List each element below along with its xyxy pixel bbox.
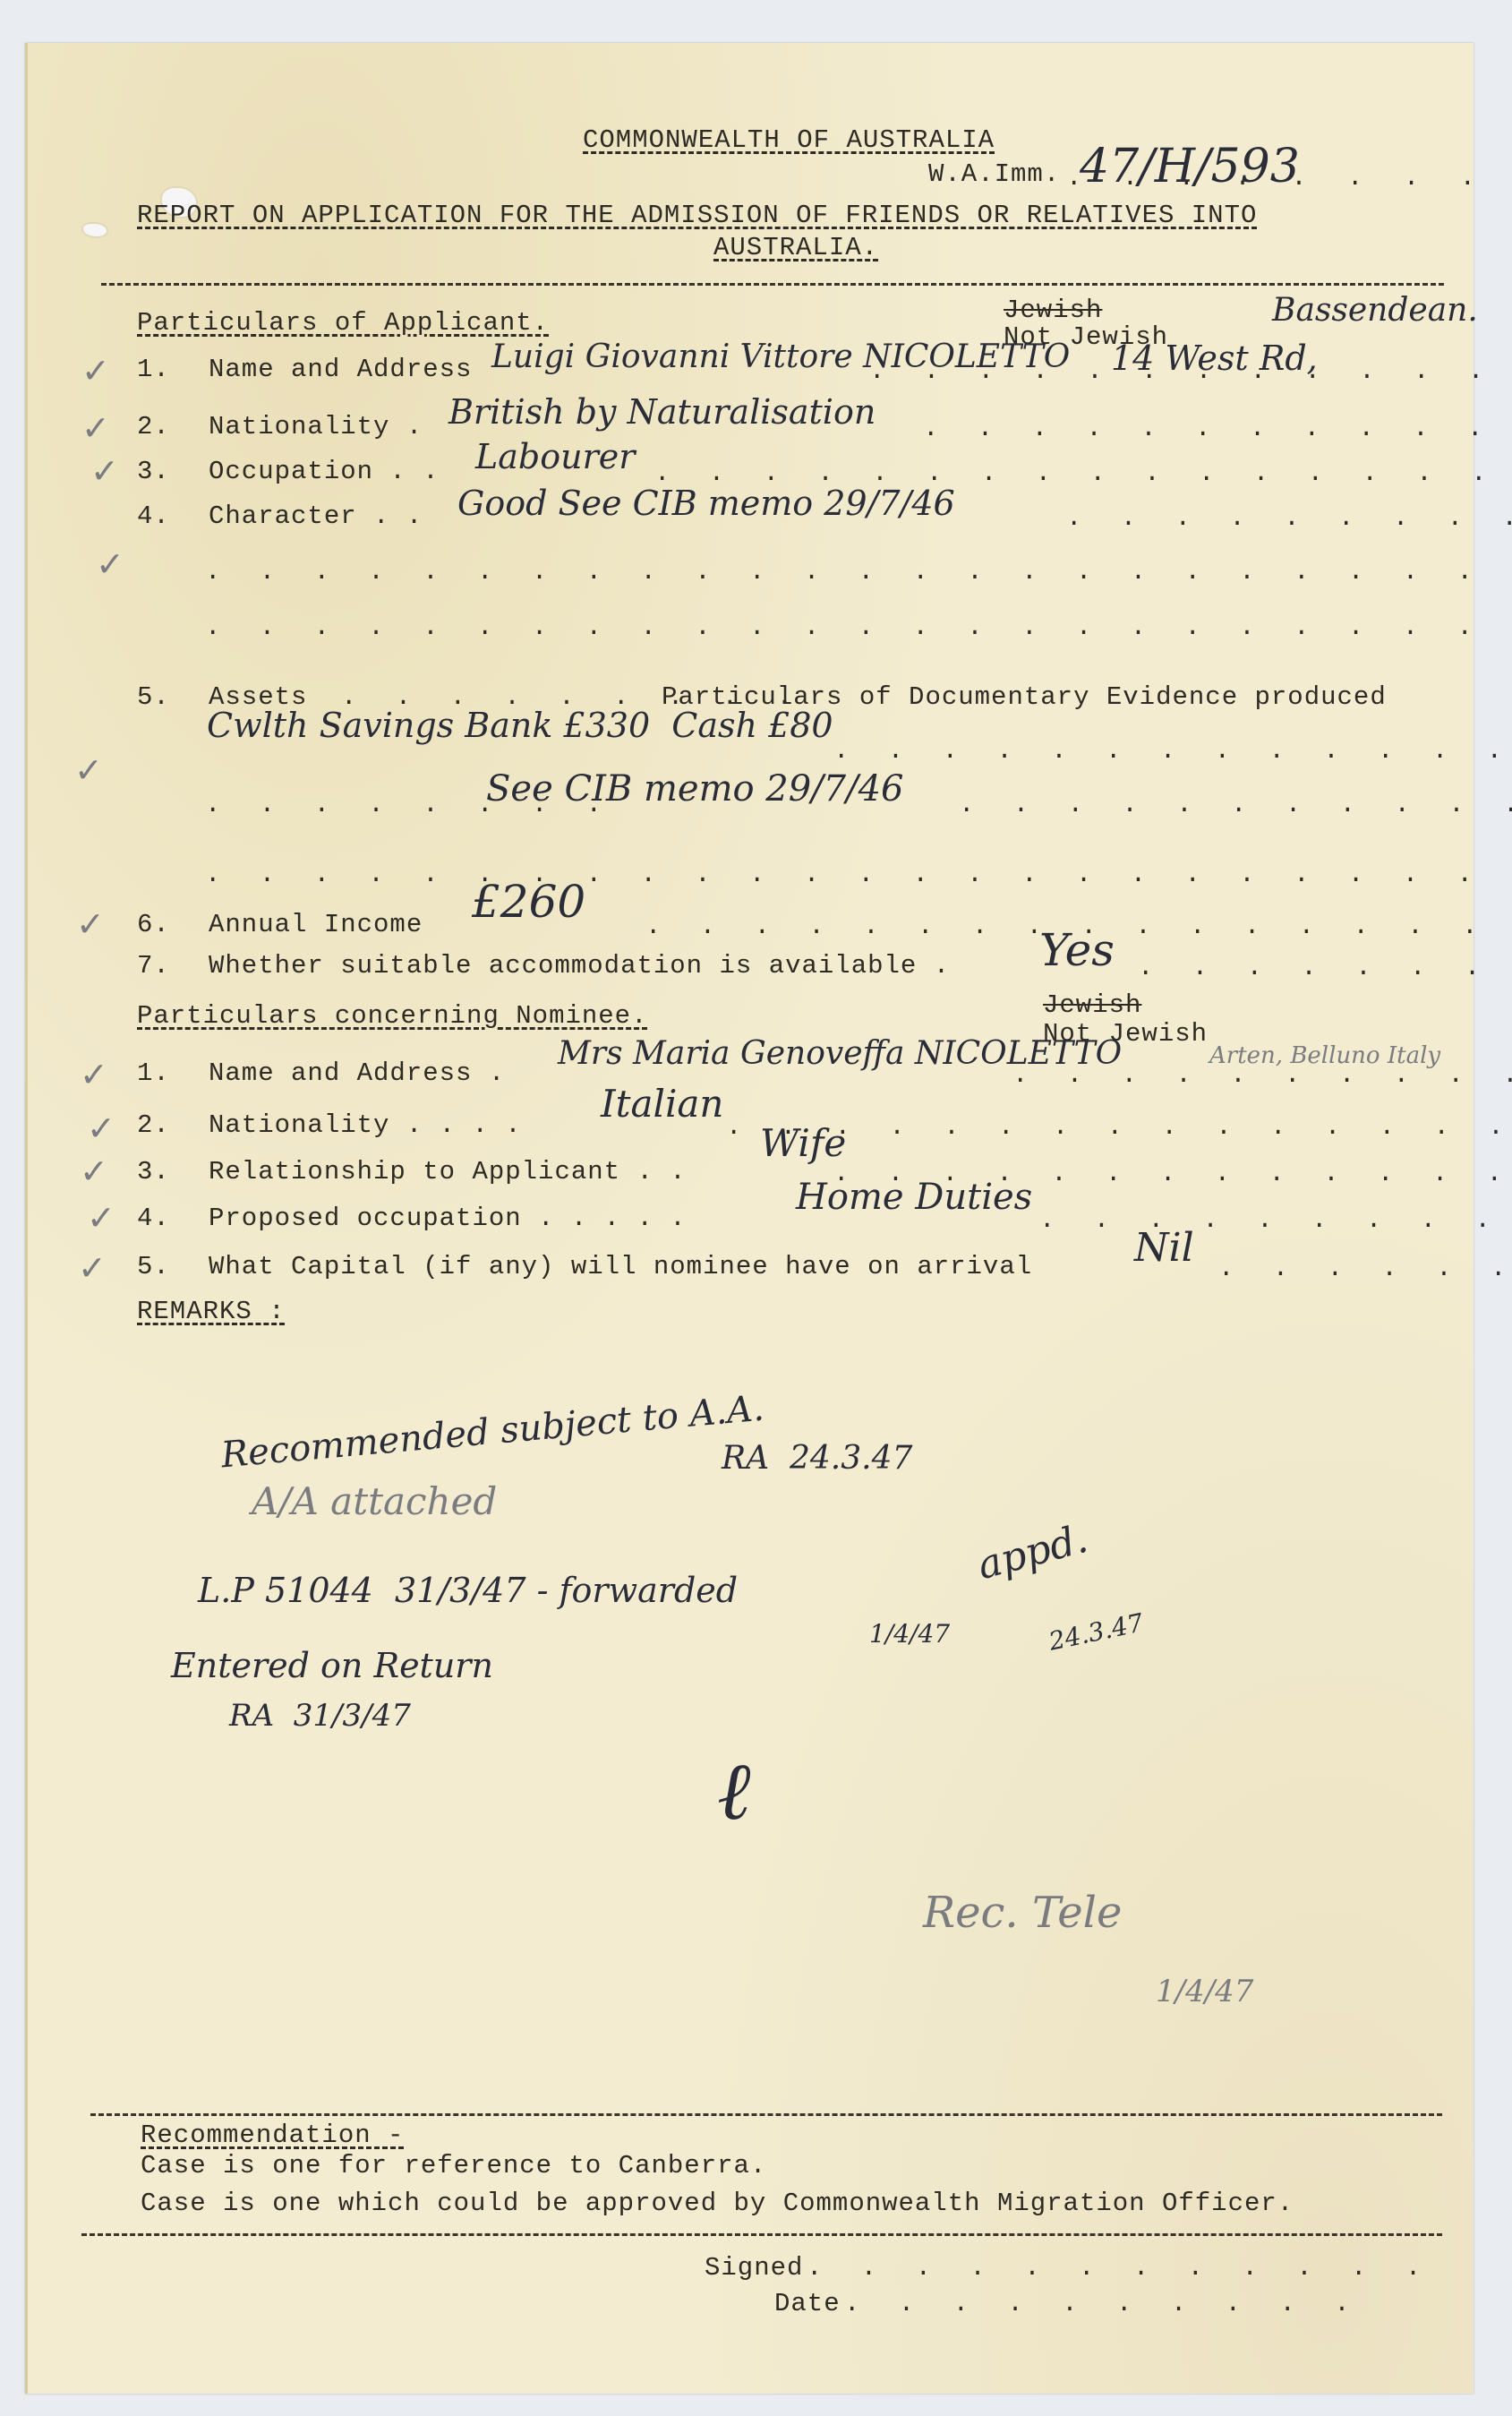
applicant-nationality: British by Naturalisation	[448, 392, 876, 432]
applicant-occupation: Labourer	[475, 437, 635, 476]
check-mark-icon: ✓	[74, 750, 103, 790]
field-num: 4.	[137, 501, 170, 531]
org-title: COMMONWEALTH OF AUSTRALIA	[583, 125, 995, 155]
fill-dots: . . . . . . . . . . . . . . . . . . . .	[833, 736, 1512, 766]
jewish-struck: Jewish	[1043, 990, 1141, 1020]
field-label: What Capital (if any) will nominee have …	[209, 1252, 1032, 1281]
field-label: Annual Income	[209, 910, 423, 939]
remark-note: 1/4/47	[1156, 1974, 1253, 2009]
remark-note: 1/4/47	[869, 1619, 950, 1649]
ref-dots: . . . . . . . .	[1066, 163, 1488, 193]
paper-hole	[81, 222, 108, 238]
nominee-occupation: Home Duties	[796, 1177, 1032, 1218]
remark-note: RA 24.3.47	[722, 1440, 912, 1477]
check-mark-icon: ✓	[96, 544, 124, 584]
fill-dots: . . . . . . . . . . . . . . . .	[869, 356, 1512, 386]
jewish-struck: Jewish	[1004, 296, 1102, 325]
field-num: 2.	[137, 1110, 170, 1140]
check-mark-icon: ✓	[90, 451, 119, 491]
field-label: Whether suitable accommodation is availa…	[209, 951, 950, 981]
field-num: 1.	[137, 355, 170, 384]
remarks-heading: REMARKS :	[137, 1297, 286, 1326]
field-label: Name and Address .	[209, 1058, 505, 1088]
remark-note: Entered on Return	[171, 1646, 493, 1685]
fill-dots: . . . . . . . . . . . . . . . . . . .	[923, 414, 1512, 443]
ref-label: W.A.Imm.	[928, 159, 1060, 189]
field-label: Proposed occupation . . . . .	[209, 1204, 687, 1233]
field-num: 3.	[137, 1157, 170, 1187]
remark-note: L.P 51044 31/3/47 - forwarded	[198, 1571, 738, 1610]
remark-note: Recommended subject to A.A.	[219, 1388, 765, 1477]
applicant-suburb: Bassendean.	[1272, 292, 1478, 329]
check-mark-icon: ✓	[81, 408, 110, 448]
check-mark-icon: ✓	[78, 1248, 107, 1288]
accommodation-value: Yes	[1039, 924, 1115, 976]
remark-note: A/A attached	[252, 1479, 497, 1523]
check-mark-icon: ✓	[81, 351, 110, 390]
recommendation-option-canberra: Case is one for reference to Canberra.	[141, 2151, 766, 2180]
field-num: 7.	[137, 951, 170, 981]
field-label: Character . .	[209, 501, 423, 531]
field-num: 5.	[137, 1252, 170, 1281]
remark-note: appd.	[973, 1516, 1093, 1589]
fill-dots: . . . . . . . . . . . . . . . . .	[959, 790, 1512, 819]
check-mark-icon: ✓	[76, 904, 105, 944]
recommendation-option-cmo: Case is one which could be approved by C…	[141, 2189, 1294, 2218]
income-value: £260	[472, 876, 585, 928]
signed-label: Signed	[705, 2253, 803, 2283]
fill-dots: . . . . . . . . . . . . . . . . . . . . …	[205, 860, 1512, 889]
divider	[90, 2113, 1442, 2116]
nominee-nationality: Italian	[601, 1082, 723, 1126]
divider	[101, 283, 1444, 286]
field-label: Name and Address	[209, 355, 472, 384]
signature-initial: ℓ	[717, 1744, 751, 1838]
signed-dots: . . . . . . . . . . . .	[807, 2253, 1432, 2283]
nominee-capital: Nil	[1134, 1225, 1194, 1271]
field-num: 1.	[137, 1058, 170, 1088]
field-label: Relationship to Applicant . .	[209, 1157, 687, 1187]
report-title-line2: AUSTRALIA.	[713, 233, 878, 262]
nominee-heading: Particulars concerning Nominee.	[137, 1001, 648, 1031]
field-num: 2.	[137, 412, 170, 441]
check-mark-icon: ✓	[80, 1152, 108, 1191]
remark-note: Rec. Tele	[923, 1888, 1122, 1938]
check-mark-icon: ✓	[80, 1055, 108, 1094]
date-label: Date	[774, 2289, 841, 2318]
fill-dots: . . . . . . . . . . . . . . . . . . . . …	[205, 557, 1512, 587]
field-label: Occupation . .	[209, 457, 440, 486]
report-title: REPORT ON APPLICATION FOR THE ADMISSION …	[137, 201, 1257, 230]
fill-dots: . . . . . . . . . . .	[1138, 953, 1512, 982]
field-num: 4.	[137, 1204, 170, 1233]
fill-dots: . . . . . . . .	[1218, 1254, 1512, 1283]
field-label: Nationality .	[209, 412, 423, 441]
check-mark-icon: ✓	[87, 1198, 115, 1238]
applicant-character: Good See CIB memo 29/7/46	[457, 484, 955, 523]
applicant-heading: Particulars of Applicant.	[137, 308, 549, 338]
divider	[81, 2233, 1442, 2236]
recommendation-heading: Recommendation -	[141, 2120, 404, 2150]
remark-note: RA 31/3/47	[229, 1698, 411, 1734]
fill-dots: . . . . . . . . . . . . . . .	[1039, 1205, 1512, 1235]
field-num: 5.	[137, 682, 170, 712]
check-mark-icon: ✓	[87, 1109, 115, 1148]
field-num: 6.	[137, 910, 170, 939]
field-label: Nationality . . . .	[209, 1110, 522, 1140]
date-dots: . . . . . . . . . .	[844, 2289, 1362, 2318]
fill-dots: . . . . . . . . . . . . . . . .	[1012, 1060, 1512, 1090]
fill-dots: . . . . . . . .	[205, 790, 613, 819]
fill-dots: . . . . . . . . . . . . . .	[1066, 503, 1512, 533]
fill-dots: . . . . . . . . . . . . . . . . . . . . …	[205, 613, 1512, 642]
document-page: COMMONWEALTH OF AUSTRALIA W.A.Imm. 47/H/…	[25, 43, 1474, 2394]
assets-value: Cwlth Savings Bank £330 Cash £80	[207, 706, 833, 745]
field-num: 3.	[137, 457, 170, 486]
remark-note: 24.3.47	[1046, 1607, 1146, 1656]
